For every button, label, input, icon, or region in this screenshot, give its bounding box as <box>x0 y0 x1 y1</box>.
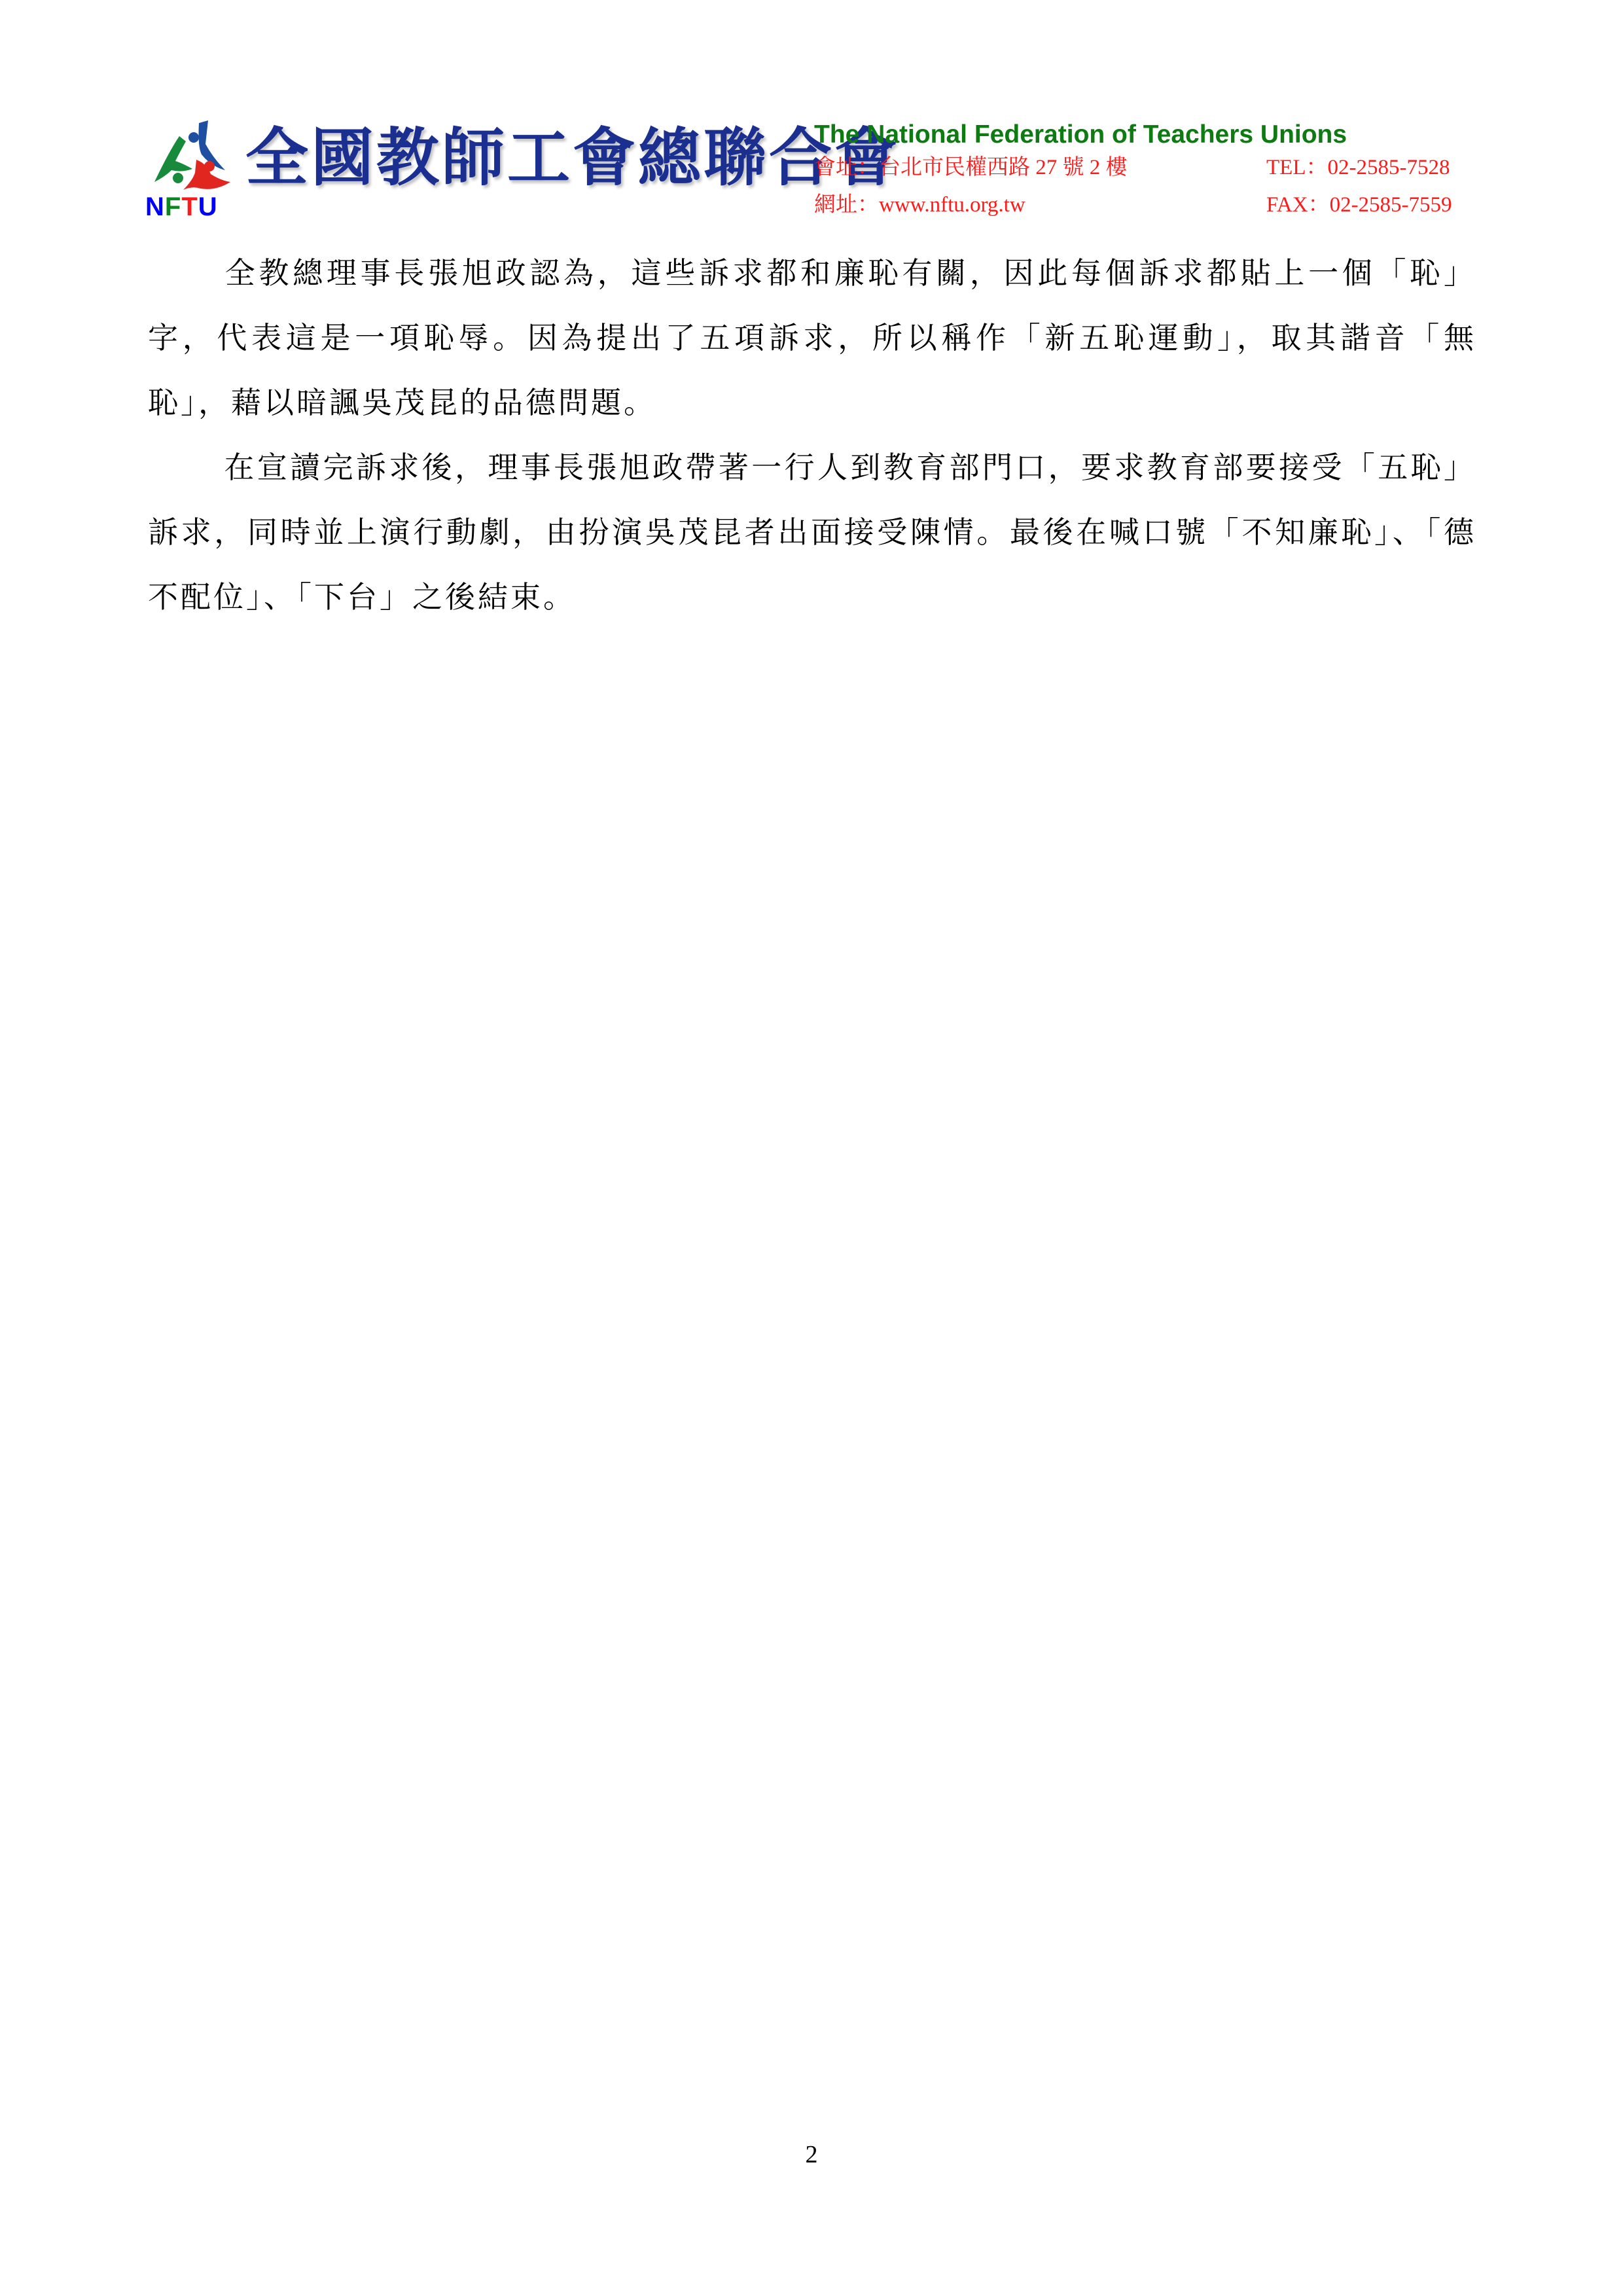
page-number: 2 <box>0 2140 1623 2169</box>
acronym-letter-n: N <box>145 194 165 220</box>
acronym-letter-t: T <box>181 194 198 220</box>
org-address: 會址：台北市民權西路 27 號 2 樓 <box>814 154 1128 181</box>
org-telephone: TEL：02-2585-7528 <box>1266 154 1450 181</box>
paragraph: 在宣讀完訴求後，理事長張旭政帶著一行人到教育部門口，要求教育部要接受「五恥」訴求… <box>148 435 1476 630</box>
paragraph-text: 全教總理事長張旭政認為，這些訴求都和廉恥有關，因此每個訴求都貼上一個「恥」字，代… <box>148 255 1476 420</box>
org-name-english: The National Federation of Teachers Unio… <box>814 120 1347 150</box>
org-website: 網址：www.nftu.org.tw <box>814 192 1026 218</box>
org-wordmark: 全國教師工會總聯合會 <box>245 115 900 200</box>
acronym-letter-f: F <box>165 194 181 220</box>
acronym-letter-u: U <box>198 194 218 220</box>
document-body: 全教總理事長張旭政認為，這些訴求都和廉恥有關，因此每個訴求都貼上一個「恥」字，代… <box>148 241 1476 630</box>
paragraph: 全教總理事長張旭政認為，這些訴求都和廉恥有關，因此每個訴求都貼上一個「恥」字，代… <box>148 241 1476 435</box>
letterhead: NFTU 全國教師工會總聯合會 The National Federation … <box>0 0 1623 236</box>
nftu-logo-icon <box>145 118 237 196</box>
paragraph-text: 在宣讀完訴求後，理事長張旭政帶著一行人到教育部門口，要求教育部要接受「五恥」訴求… <box>148 450 1476 615</box>
org-fax: FAX：02-2585-7559 <box>1266 192 1452 218</box>
nftu-acronym: NFTU <box>145 194 218 220</box>
